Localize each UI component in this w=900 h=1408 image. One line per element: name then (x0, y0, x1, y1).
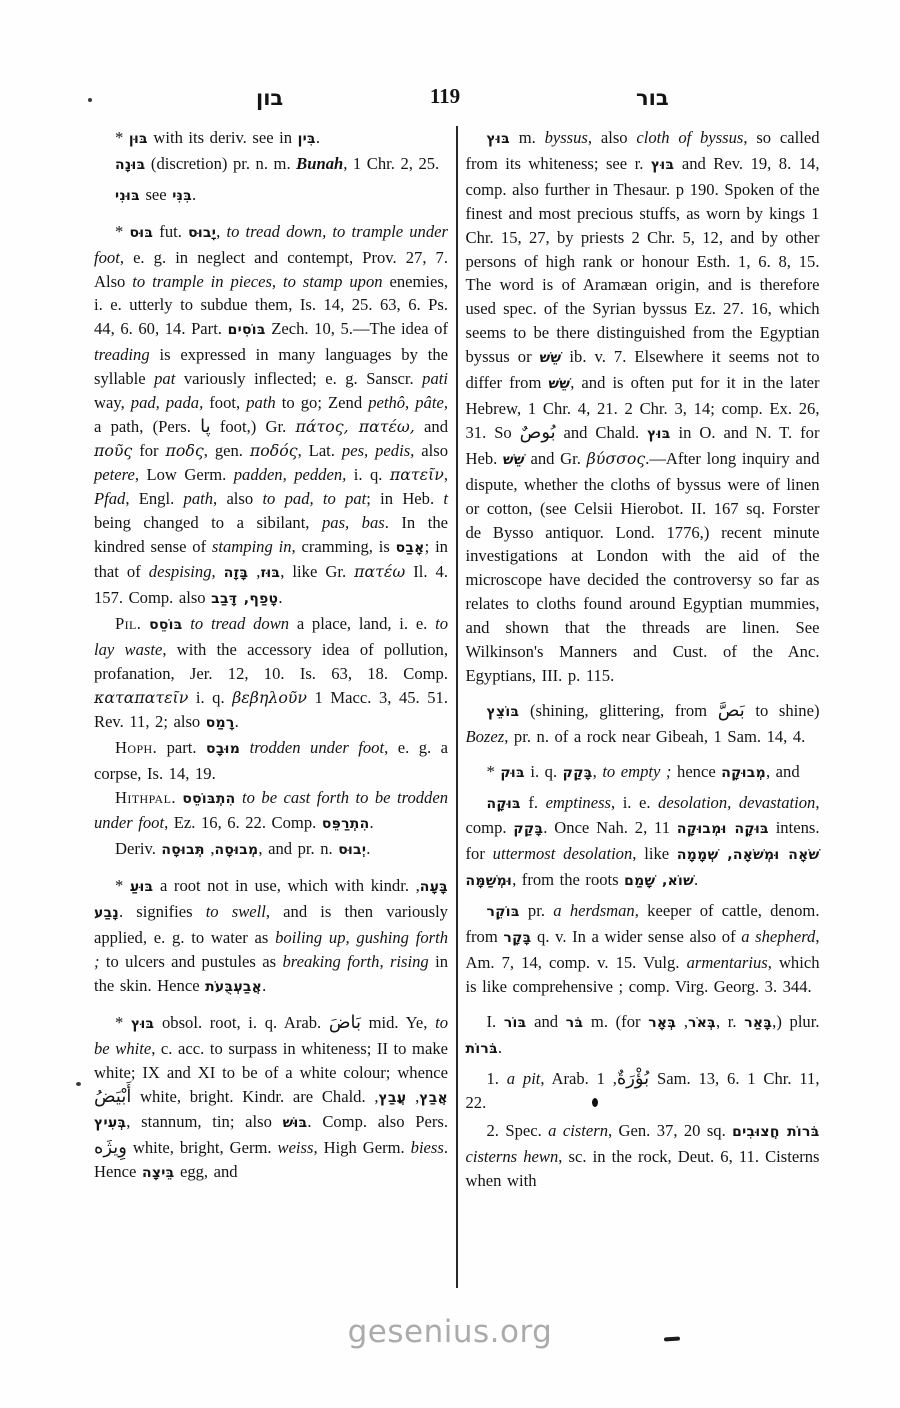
scan-speck (76, 1082, 81, 1086)
entry-paragraph: 2. Spec. a cistern, Gen. 37, 20 sq. בֹּר… (466, 1119, 820, 1193)
catchword-right: בור (636, 86, 669, 110)
entry-paragraph: בּוּנָה (discretion) pr. n. m. Bunah, 1 … (94, 152, 448, 178)
dictionary-page: בון 119 בור * בּוּן with its deriv. see … (0, 0, 900, 1408)
entry-paragraph: בּוֹצֵץ (shining, glittering, from بَصَّ… (466, 699, 820, 749)
entry-paragraph: Deriv. מְבוּסָה, תְּבוּסָה, and pr. n. י… (94, 837, 448, 863)
column-right: בּוּץ m. byssus, also cloth of byssus, s… (466, 126, 820, 1193)
page-number: 119 (0, 84, 890, 109)
entry-paragraph: * בּוּעַ a root not in use, which with k… (94, 874, 448, 1000)
column-divider (456, 126, 458, 1288)
running-head: בון 119 בור (0, 84, 900, 118)
entry-paragraph: * בּוּק i. q. בָּקַק, to empty ; hence מ… (466, 760, 820, 786)
entry-paragraph: בּוֹקֵר pr. a herdsman, keeper of cattle… (466, 899, 820, 999)
entry-paragraph: 1. a pit, Arab. بُؤْرَةٌ, 1 Sam. 13, 6. … (466, 1067, 820, 1115)
entry-paragraph: בּוּנִי see בִּנִּי. (94, 183, 448, 209)
watermark: gesenius.org (0, 1314, 900, 1350)
entry-paragraph: * בּוּס fut. יָבוּס, to tread down, to t… (94, 220, 448, 613)
entry-paragraph: Hoph. part. מוּבָס trodden under foot, e… (94, 736, 448, 786)
entry-paragraph: I. בּוֹר and בֹּר m. (for בְּאֹר, בְּאָר… (466, 1010, 820, 1062)
page-body: * בּוּן with its deriv. see in בִּין.בּו… (94, 126, 820, 1288)
entry-paragraph: Pil. בּוֹסֵס to tread down a place, land… (94, 612, 448, 736)
column-left: * בּוּן with its deriv. see in בִּין.בּו… (94, 126, 448, 1186)
entry-paragraph: * בּוּץ obsol. root, i. q. Arab. بَاضَ m… (94, 1011, 448, 1186)
entry-paragraph: בּוּקָה f. emptiness, i. e. desolation, … (466, 791, 820, 895)
entry-paragraph: Hithpal. הִתְבּוֹסֵס to be cast forth to… (94, 786, 448, 838)
entry-paragraph: בּוּץ m. byssus, also cloth of byssus, s… (466, 126, 820, 688)
entry-paragraph: * בּוּן with its deriv. see in בִּין. (94, 126, 448, 152)
